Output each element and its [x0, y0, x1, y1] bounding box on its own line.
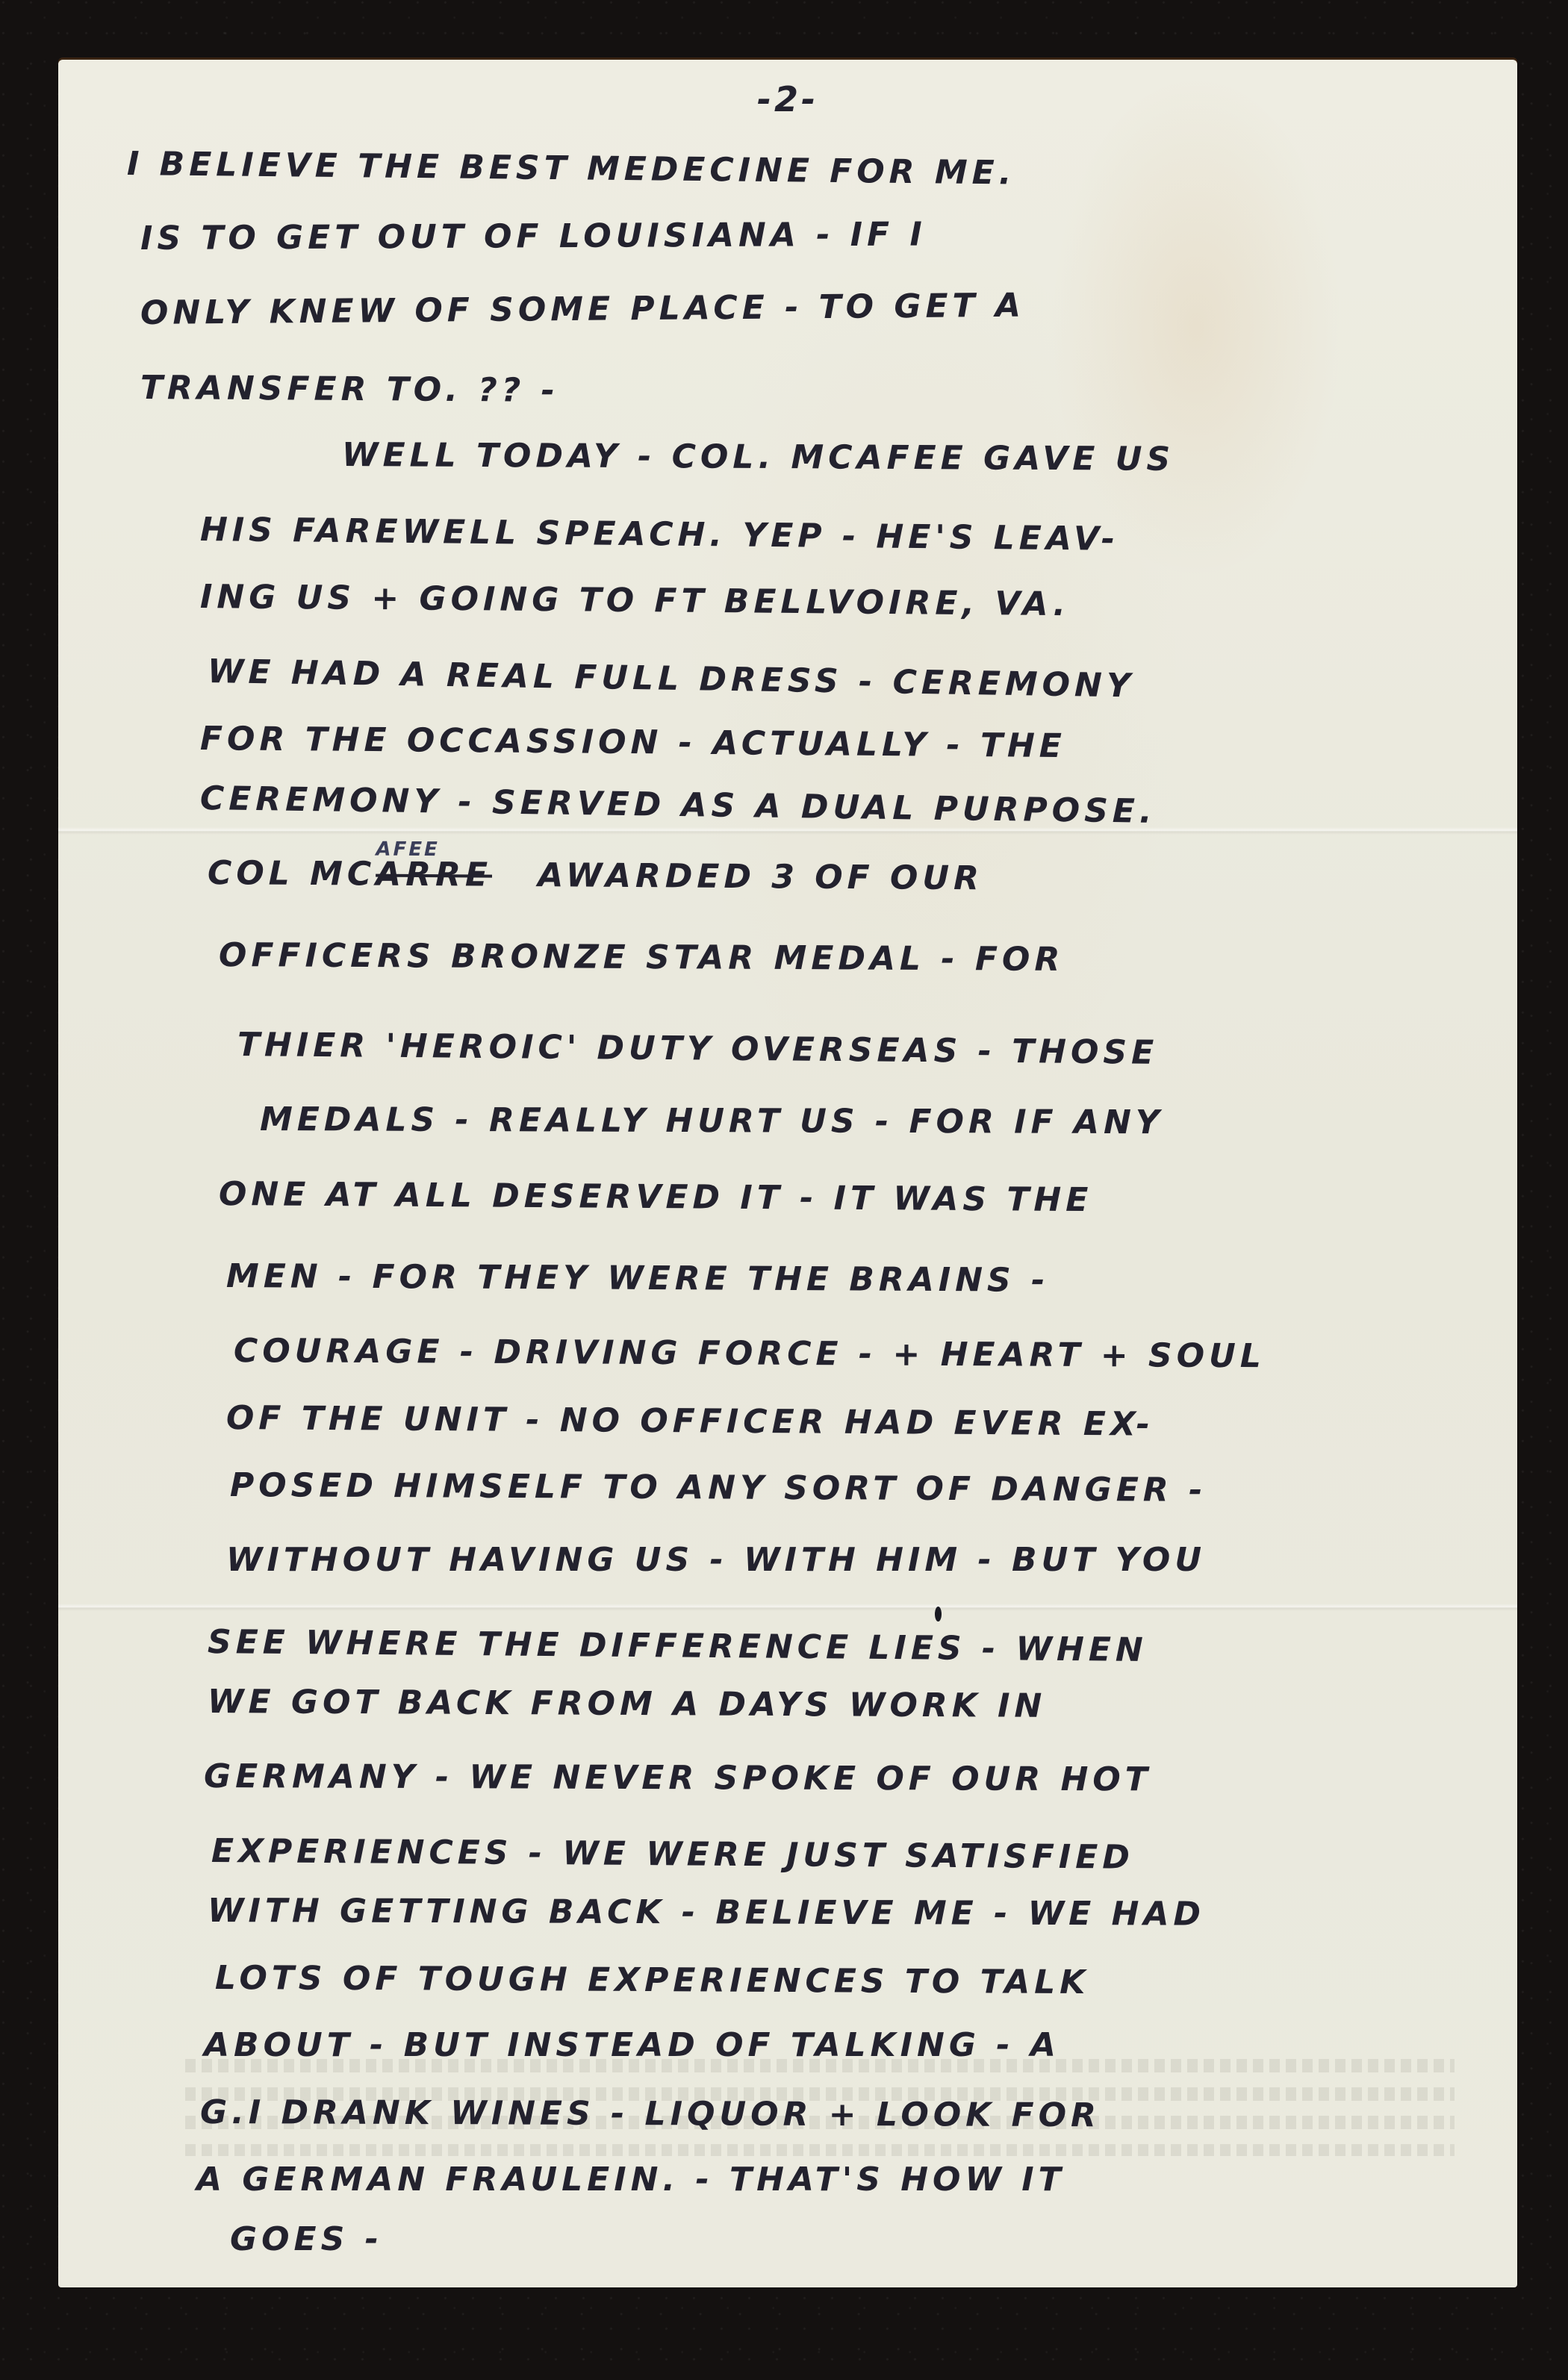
- letter-line-23: GERMANY - WE NEVER SPOKE OF OUR HOT: [204, 1754, 1152, 1802]
- handwritten-text: -2- I BELIEVE THE BEST MEDECINE FOR ME. …: [58, 60, 1517, 2287]
- letter-line-16: MEN - FOR THEY WERE THE BRAINS -: [226, 1254, 1050, 1303]
- letter-line-8: WE HAD A REAL FULL DRESS - CEREMONY: [208, 649, 1136, 708]
- letter-line-25: WITH GETTING BACK - BELIEVE ME - WE HAD: [208, 1889, 1205, 1937]
- letter-line-9: FOR THE OCCASSION - ACTUALLY - THE: [200, 717, 1066, 769]
- letter-line-22: WE GOT BACK FROM A DAYS WORK IN: [208, 1680, 1047, 1729]
- letter-line-17: COURAGE - DRIVING FORCE - + HEART + SOUL: [234, 1329, 1266, 1379]
- letter-line-20: WITHOUT HAVING US - WITH HIM - BUT YOU: [226, 1538, 1206, 1583]
- letter-line-3: ONLY KNEW OF SOME PLACE - TO GET A: [140, 284, 1025, 336]
- letter-line-18: OF THE UNIT - NO OFFICER HAD EVER EX-: [226, 1396, 1154, 1448]
- letter-line-19: POSED HIMSELF TO ANY SORT OF DANGER -: [230, 1463, 1207, 1513]
- ink-blot: [935, 1607, 942, 1622]
- letter-line-2: IS TO GET OUT OF LOUISIANA - IF I: [140, 212, 927, 261]
- line-11-suffix: AWARDED 3 OF OUR: [538, 856, 983, 897]
- inserted-correction: AFEE: [376, 827, 440, 873]
- line-11-prefix: COL MC: [208, 854, 376, 894]
- letter-line-1: I BELIEVE THE BEST MEDECINE FOR ME.: [127, 142, 1016, 196]
- letter-line-11: COL MCAFEEARRE AWARDED 3 OF OUR: [208, 851, 983, 901]
- letter-line-30: GOES -: [230, 2217, 383, 2262]
- letter-line-10: CEREMONY - SERVED AS A DUAL PURPOSE.: [200, 776, 1157, 835]
- letter-line-21: SEE WHERE THE DIFFERENCE LIES - WHEN: [208, 1620, 1148, 1673]
- letter-line-6: HIS FAREWELL SPEACH. YEP - HE'S LEAV-: [200, 508, 1120, 562]
- letter-line-4: TRANSFER TO. ?? -: [140, 366, 559, 414]
- letter-line-28: G.I DRANK WINES - LIQUOR + LOOK FOR: [200, 2090, 1101, 2138]
- letter-line-15: ONE AT ALL DESERVED IT - IT WAS THE: [219, 1172, 1093, 1223]
- page-number: -2-: [58, 79, 1517, 119]
- letter-line-13: THIER 'HEROIC' DUTY OVERSEAS - THOSE: [237, 1023, 1159, 1076]
- letter-line-24: EXPERIENCES - WE WERE JUST SATISFIED: [211, 1829, 1134, 1881]
- letter-line-26: LOTS OF TOUGH EXPERIENCES TO TALK: [215, 1956, 1090, 2005]
- letter-line-5: WELL TODAY - COL. MCAFEE GAVE US: [342, 433, 1175, 482]
- letter-line-27: ABOUT - BUT INSTEAD OF TALKING - A: [204, 2023, 1060, 2068]
- letter-line-7: ING US + GOING TO FT BELLVOIRE, VA.: [200, 575, 1071, 627]
- name-correction: AFEEARRE: [376, 853, 492, 898]
- letter-line-14: MEDALS - REALLY HURT US - FOR IF ANY: [260, 1097, 1164, 1145]
- letter-line-29: A GERMAN FRAULEIN. - THAT'S HOW IT: [196, 2158, 1065, 2202]
- letter-line-12: OFFICERS BRONZE STAR MEDAL - FOR: [219, 933, 1065, 982]
- letter-page: -2- I BELIEVE THE BEST MEDECINE FOR ME. …: [58, 60, 1517, 2287]
